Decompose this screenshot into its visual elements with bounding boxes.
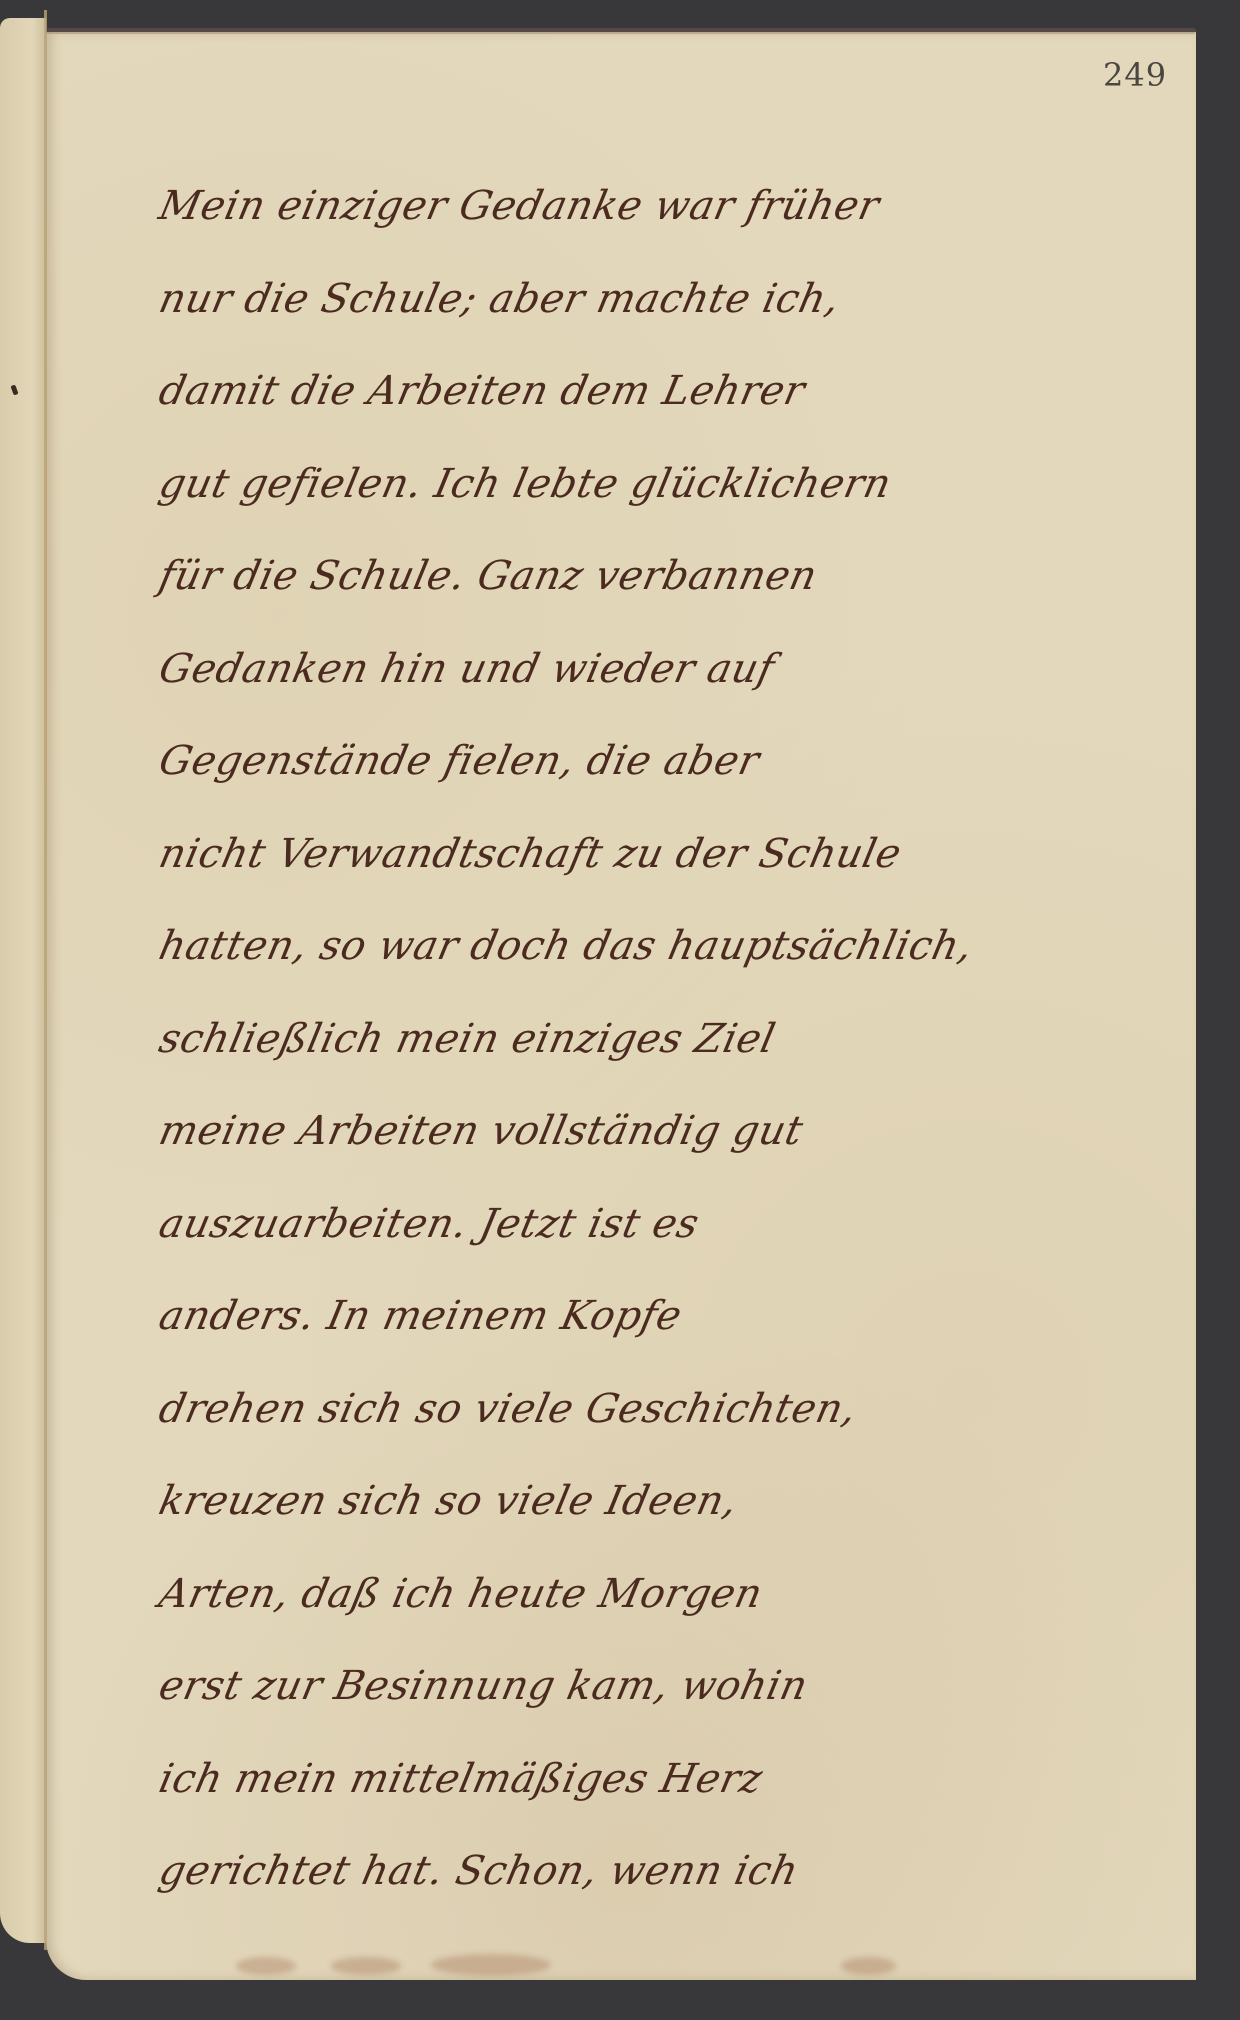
handwritten-text: Mein einziger Gedanke war früher nur die… xyxy=(150,160,1050,1918)
text-line: ich mein mittelmäßiges Herz xyxy=(150,1733,1070,1826)
text-line: nicht Verwandtschaft zu der Schule xyxy=(150,808,1070,901)
folio-number: 249 xyxy=(1103,56,1167,94)
text-line: Mein einziger Gedanke war früher xyxy=(150,160,1070,253)
text-line: Arten, daß ich heute Morgen xyxy=(150,1548,1070,1641)
binding-fold xyxy=(44,10,47,1950)
page-stain xyxy=(841,1957,896,1975)
page-top-edge xyxy=(46,28,1196,34)
text-line: nur die Schule; aber machte ich, xyxy=(150,253,1070,346)
page-stain xyxy=(331,1957,401,1975)
text-line: Gedanken hin und wieder auf xyxy=(150,623,1070,716)
text-line: drehen sich so viele Geschichten, xyxy=(150,1363,1070,1456)
text-line: gut gefielen. Ich lebte glücklichern xyxy=(150,438,1070,531)
text-line: Gegenstände fielen, die aber xyxy=(150,715,1070,808)
page-stain xyxy=(236,1957,296,1975)
text-line: damit die Arbeiten dem Lehrer xyxy=(150,345,1070,438)
text-line: kreuzen sich so viele Ideen, xyxy=(150,1455,1070,1548)
page-stain xyxy=(431,1954,551,1976)
text-line: schließlich mein einziges Ziel xyxy=(150,993,1070,1086)
text-line: hatten, so war doch das hauptsächlich, xyxy=(150,900,1070,993)
text-line: für die Schule. Ganz verbannen xyxy=(150,530,1070,623)
scan-viewer: 249 Mein einziger Gedanke war früher nur… xyxy=(0,0,1240,2020)
text-line: meine Arbeiten vollständig gut xyxy=(150,1085,1070,1178)
text-line: anders. In meinem Kopfe xyxy=(150,1270,1070,1363)
text-line: gerichtet hat. Schon, wenn ich xyxy=(150,1825,1070,1918)
text-line: erst zur Besinnung kam, wohin xyxy=(150,1640,1070,1733)
facing-page-edge xyxy=(0,18,46,1943)
text-line: auszuarbeiten. Jetzt ist es xyxy=(150,1178,1070,1271)
